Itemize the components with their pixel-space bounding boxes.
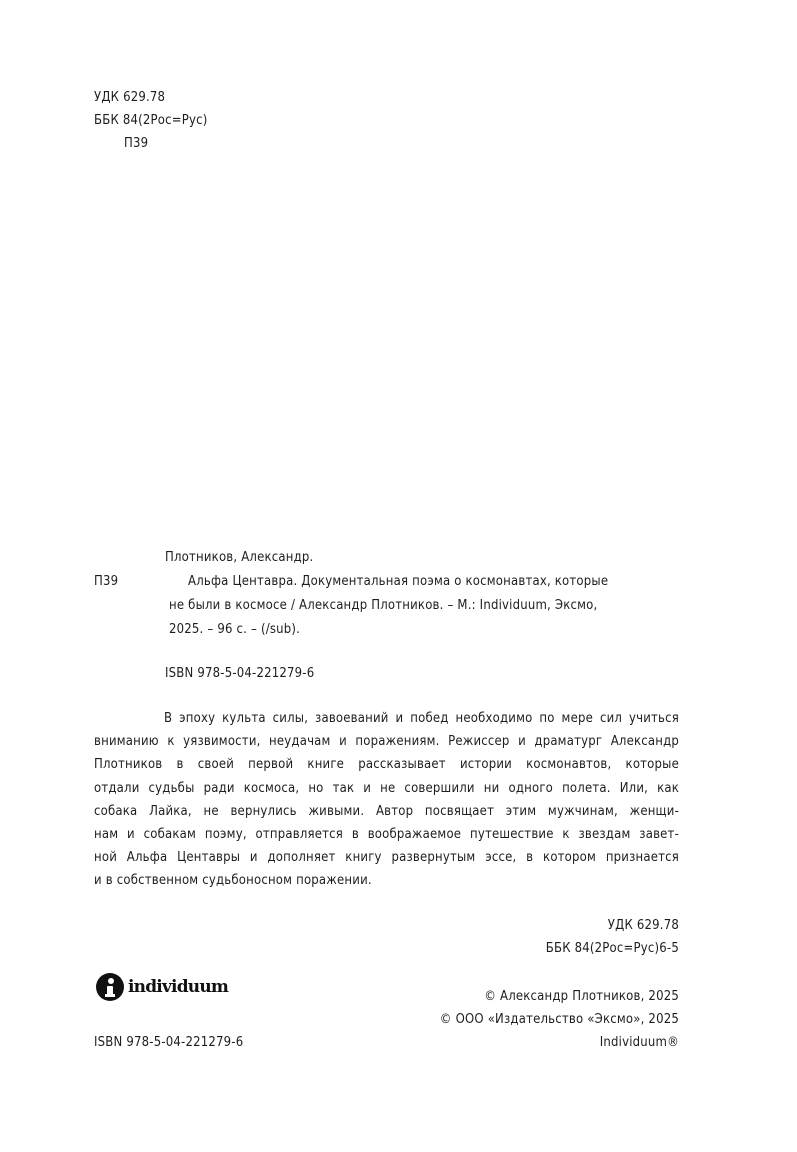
annotation-line: В эпоху культа силы, завоеваний и побед … (94, 707, 679, 730)
bbk-code: ББК 84(2Рос=Рус) (94, 109, 208, 132)
annotation-line: нам и собакам поэму, отправляется в вооб… (94, 823, 679, 846)
isbn: ISBN 978-5-04-221279-6 (94, 1031, 243, 1054)
annotation-line: вниманию к уязвимости, неудачам и пораже… (94, 730, 679, 753)
bbk-code-bottom: ББК 84(2Рос=Рус)6-5 (546, 937, 679, 960)
publisher-logo-text: individuum (128, 977, 228, 997)
catalog-isbn: ISBN 978-5-04-221279-6 (165, 662, 314, 685)
catalog-author: Плотников, Александр. (165, 546, 313, 569)
copyright-publisher: © ООО «Издательство «Эксмо», 2025 (440, 1008, 679, 1031)
udk-code: УДК 629.78 (94, 86, 165, 109)
catalog-description-line: Альфа Центавра. Документальная поэма о к… (188, 570, 608, 593)
annotation-line: собака Лайка, не вернулись живыми. Автор… (94, 800, 679, 823)
annotation-line: и в собственном судьбоносном поражении. (94, 869, 679, 892)
annotation-line: Плотников в своей первой книге рассказыв… (94, 753, 679, 776)
annotation-paragraph: В эпоху культа силы, завоеваний и побед … (94, 707, 679, 893)
annotation-line: ной Альфа Центавры и дополняет книгу раз… (94, 846, 679, 869)
individuum-i-circle-icon (96, 973, 124, 1001)
catalog-description-line: не были в космосе / Александр Плотников.… (169, 594, 597, 617)
publisher-logo: individuum (96, 972, 228, 1002)
catalog-description-line: 2025. – 96 с. – (/sub). (169, 618, 300, 641)
copyright-author: © Александр Плотников, 2025 (484, 985, 679, 1008)
publisher-brand: Individuum® (600, 1031, 679, 1054)
udk-code-bottom: УДК 629.78 (608, 914, 679, 937)
author-sign: П39 (124, 132, 148, 155)
catalog-author-sign: П39 (94, 570, 118, 593)
annotation-line: отдали судьбы ради космоса, но так и не … (94, 777, 679, 800)
